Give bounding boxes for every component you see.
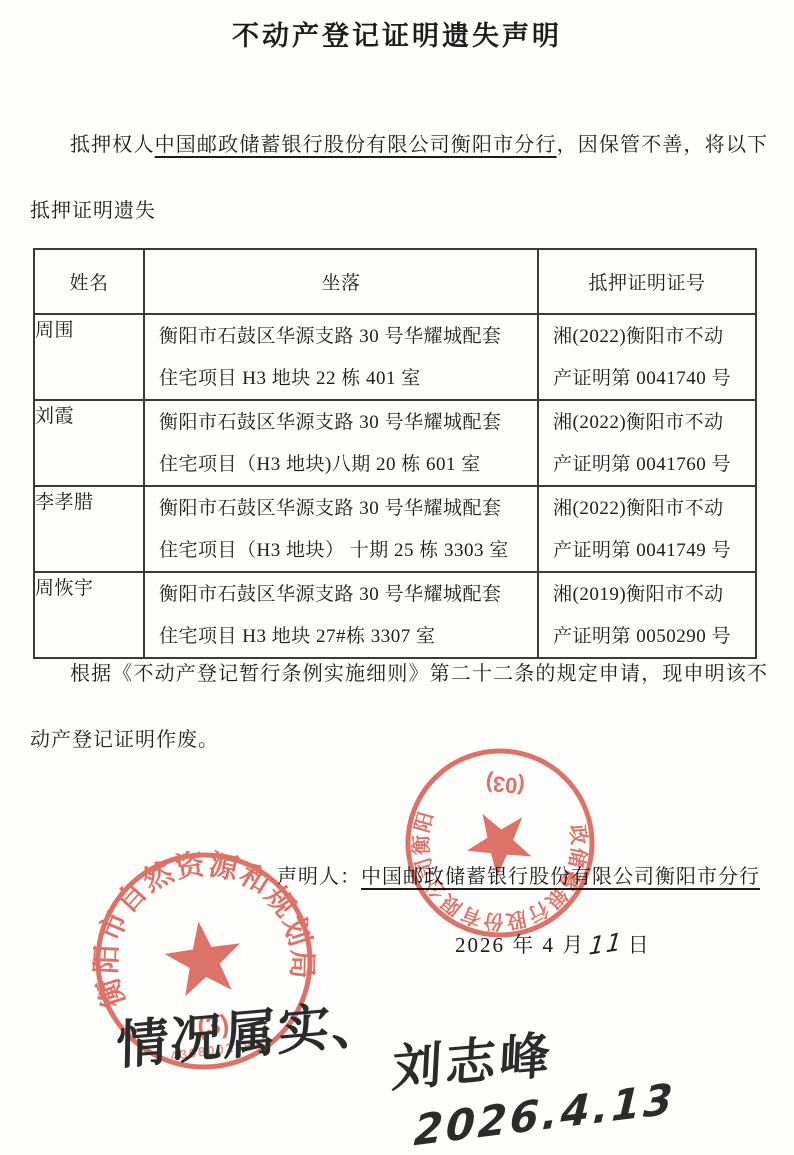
handwritten-signature: 刘志峰 [390,1015,555,1102]
location-line-1: 衡阳市石鼓区华源支路 30 号华耀城配套 [145,573,537,615]
stamp-code: (03) [485,771,526,799]
location-line-1: 衡阳市石鼓区华源支路 30 号华耀城配套 [145,487,537,529]
cert-number: 湘(2022)衡阳市不动 产证明第 0041740 号 [538,314,756,400]
document-page: 不动产登记证明遗失声明 抵押权人中国邮政储蓄银行股份有限公司衡阳市分行，因保管不… [0,0,794,1155]
cert-line-2: 产证明第 0041760 号 [539,443,755,485]
cert-line-1: 湘(2022)衡阳市不动 [539,487,755,529]
cert-line-2: 产证明第 0041749 号 [539,529,755,571]
table-row: 李孝腊 衡阳市石鼓区华源支路 30 号华耀城配套 住宅项目（H3 地块） 十期 … [34,486,756,572]
star-icon [161,916,246,998]
date-printed-suffix: 日 [628,933,651,957]
location-line-1: 衡阳市石鼓区华源支路 30 号华耀城配套 [145,315,537,357]
header-cert-number: 抵押证明证号 [538,249,756,314]
closing-paragraph: 根据《不动产登记暂行条例实施细则》第二十二条的规定申请，现申明该不动产登记证明作… [30,641,768,773]
location-line-2: 住宅项目（H3 地块)八期 20 栋 601 室 [145,443,537,485]
table-header-row: 姓名 坐落 抵押证明证号 [34,249,756,314]
table-row: 刘霞 衡阳市石鼓区华源支路 30 号华耀城配套 住宅项目（H3 地块)八期 20… [34,400,756,486]
property-location: 衡阳市石鼓区华源支路 30 号华耀城配套 住宅项目 H3 地块 22 栋 401… [144,314,538,400]
bank-stamp: 中国邮政储蓄银行股份有限公司衡阳市分行 (03) [391,734,610,953]
mortgagee-company-name: 中国邮政储蓄银行股份有限公司衡阳市分行 [155,134,557,156]
cert-line-1: 湘(2022)衡阳市不动 [539,315,755,357]
cert-number: 湘(2022)衡阳市不动 产证明第 0041760 号 [538,400,756,486]
lost-certificates-table: 姓名 坐落 抵押证明证号 周围 衡阳市石鼓区华源支路 30 号华耀城配套 住宅项… [33,248,757,659]
owner-name: 李孝腊 [34,486,144,572]
cert-line-1: 湘(2022)衡阳市不动 [539,401,755,443]
location-line-2: 住宅项目（H3 地块） 十期 25 栋 3303 室 [145,529,537,571]
cert-line-1: 湘(2019)衡阳市不动 [539,573,755,615]
cert-number: 湘(2022)衡阳市不动 产证明第 0041749 号 [538,486,756,572]
owner-name: 周围 [34,314,144,400]
stamp-graphic: 中国邮政储蓄银行股份有限公司衡阳市分行 (03) [391,734,610,953]
location-line-1: 衡阳市石鼓区华源支路 30 号华耀城配套 [145,401,537,443]
table-row: 周围 衡阳市石鼓区华源支路 30 号华耀城配套 住宅项目 H3 地块 22 栋 … [34,314,756,400]
property-location: 衡阳市石鼓区华源支路 30 号华耀城配套 住宅项目（H3 地块)八期 20 栋 … [144,400,538,486]
star-icon [465,813,535,880]
intro-prefix: 抵押权人 [70,134,155,156]
document-title: 不动产登记证明遗失声明 [0,14,794,53]
cert-line-2: 产证明第 0041740 号 [539,357,755,399]
location-line-2: 住宅项目 H3 地块 22 栋 401 室 [145,357,537,399]
header-location: 坐落 [144,249,538,314]
header-name: 姓名 [34,249,144,314]
property-location: 衡阳市石鼓区华源支路 30 号华耀城配套 住宅项目（H3 地块） 十期 25 栋… [144,486,538,572]
intro-paragraph: 抵押权人中国邮政储蓄银行股份有限公司衡阳市分行，因保管不善，将以下抵押证明遗失 [30,112,768,244]
owner-name: 刘霞 [34,400,144,486]
